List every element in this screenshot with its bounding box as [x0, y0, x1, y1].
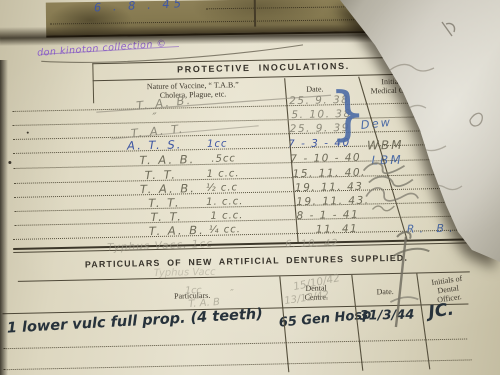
column-divider — [254, 0, 256, 27]
vaccine-entry: T. T. — [150, 209, 183, 224]
dentures-centre-entry: 65 Gen Hosp — [278, 307, 372, 330]
vaccine-entry: T. A. B. — [139, 152, 195, 167]
dentures-heading-rule — [18, 271, 470, 281]
dentures-date-entry: 31/3/44 — [360, 308, 415, 324]
dose-entry: .5cc — [211, 153, 236, 165]
page-edge-shadow — [0, 60, 8, 375]
page-speck — [27, 132, 29, 134]
vaccine-entry: A. T. S. — [127, 137, 183, 152]
dental-date-column-header: Date. — [364, 287, 406, 297]
dose-entry: ¼ cc. — [209, 224, 241, 236]
vaccine-column-header: Nature of Vaccine, “ T.A.B.” Cholera, Pl… — [103, 79, 283, 101]
dose-entry: ½ c.c — [206, 182, 238, 194]
dose-entry: 1cc — [207, 138, 228, 149]
pencil-note-date2: 13/12/42 — [284, 290, 330, 307]
pencil-note-ditto: ″ — [230, 288, 234, 299]
row-rule — [3, 338, 467, 349]
dentures-initials-entry: JC. — [427, 300, 455, 323]
show-through-scribble-layer — [330, 0, 500, 270]
photo-of-army-record-book: don kinoton collection © PROTECTIVE INOC… — [0, 0, 500, 375]
vaccine-entry: T. T. — [145, 168, 178, 183]
show-through-scribble — [426, 185, 462, 190]
pencil-mark — [442, 22, 455, 36]
show-through-scribble — [374, 104, 426, 119]
row-rule — [4, 359, 472, 370]
page-speck — [8, 161, 11, 164]
typhus-pencil-note: Typhus Vacc. 1cc — [107, 238, 213, 254]
dose-entry: 1. c.c. — [206, 196, 243, 208]
vaccine-entry: T. T. — [148, 195, 181, 210]
pencil-note-dose: 1cc — [185, 285, 202, 296]
vaccine-entry: T. A. B. — [149, 223, 205, 238]
show-through-scribble — [400, 145, 446, 150]
show-through-scribble — [390, 64, 434, 71]
dose-entry: 1 c.c. — [210, 210, 243, 222]
show-through-scribble — [470, 113, 482, 126]
handwritten-date: 6 . 8 . 45 — [94, 0, 186, 14]
curled-page — [330, 0, 500, 270]
pencil-scrawl — [390, 297, 418, 302]
vaccine-entry: ″ — [152, 110, 159, 124]
curled-page-surface — [330, 0, 500, 270]
vaccine-entry: T. A. B. — [140, 181, 196, 196]
dose-entry: 1 c.c. — [207, 168, 240, 180]
